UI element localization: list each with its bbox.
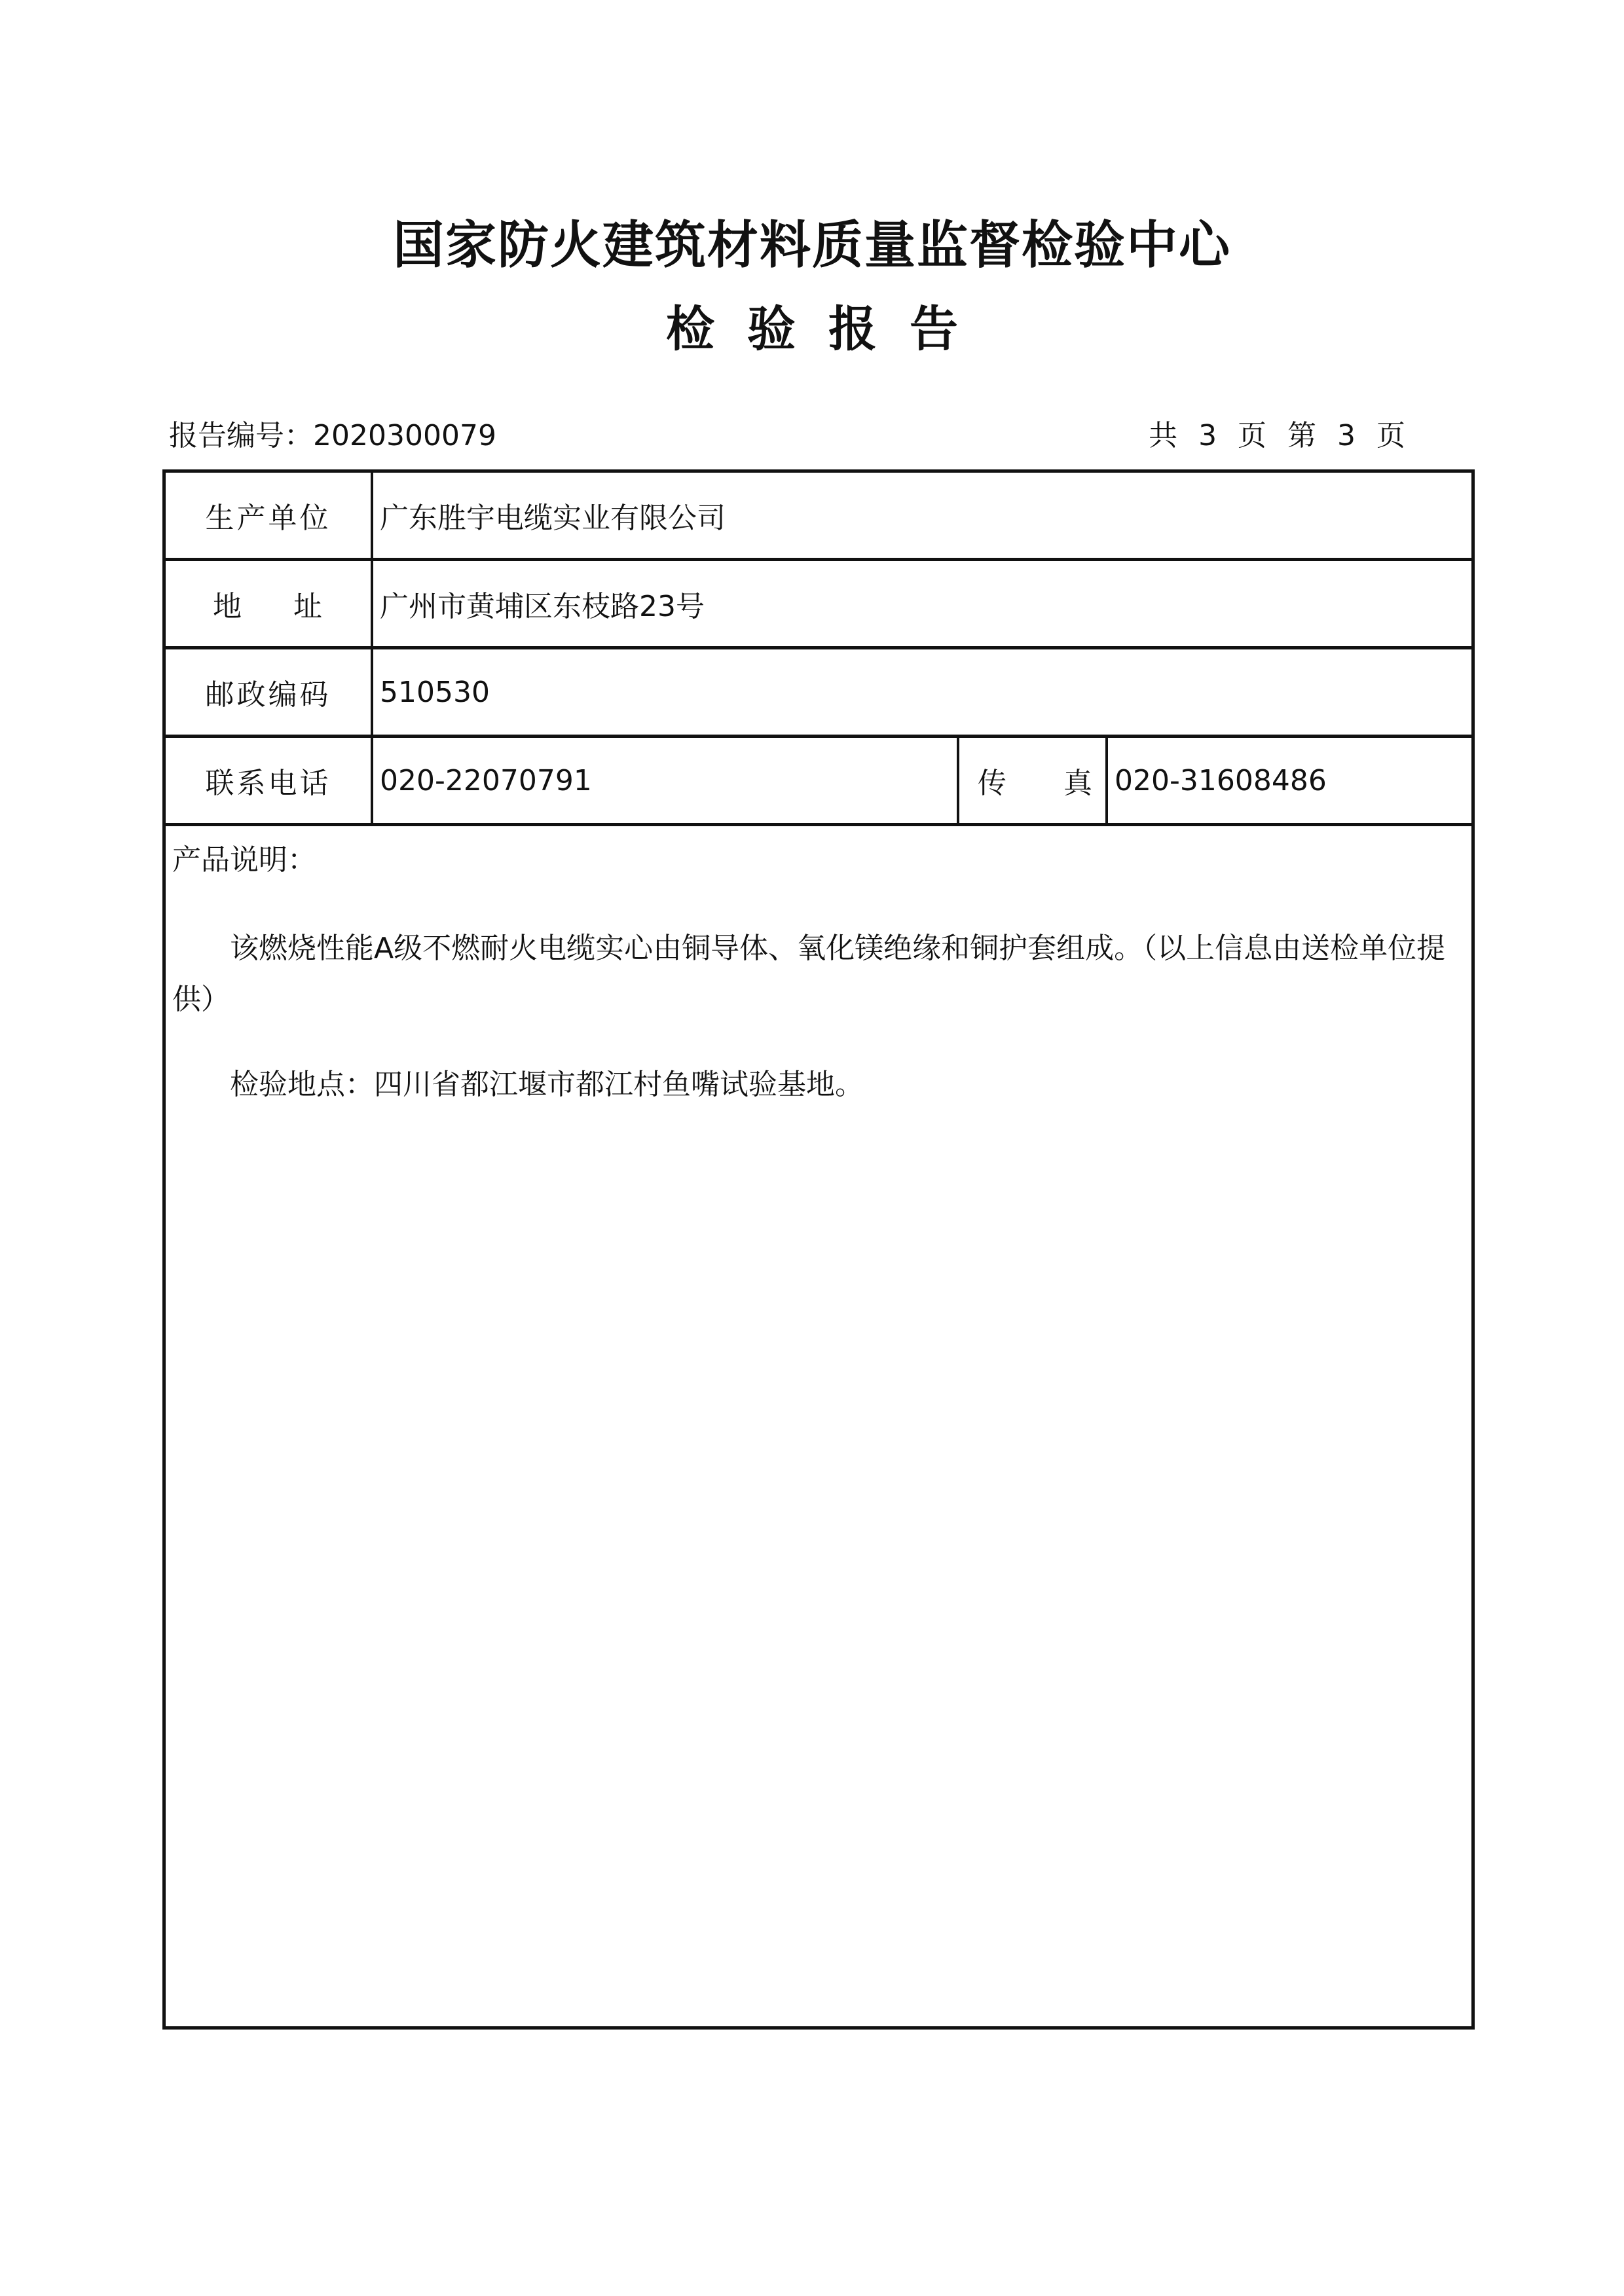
report-number-label: 报告编号： bbox=[169, 419, 313, 452]
info-table: 生产单位 广东胜宇电缆实业有限公司 地 址 广州市黄埔区东枝路23号 邮政编码 … bbox=[162, 469, 1475, 2030]
address-label: 地 址 bbox=[166, 561, 373, 646]
report-number: 报告编号：2020300079 bbox=[169, 416, 496, 456]
phone-label: 联系电话 bbox=[166, 738, 373, 823]
fax-value: 020-31608486 bbox=[1108, 738, 1471, 823]
fax-label-char-2: 真 bbox=[1063, 759, 1092, 801]
address-label-char-1: 地 bbox=[213, 583, 244, 625]
description-paragraph: 该燃烧性能A级不燃耐火电缆实心由铜导体、氧化镁绝缘和铜护套组成。（以上信息由送检… bbox=[172, 923, 1465, 1025]
phone-value: 020-22070791 bbox=[373, 738, 959, 823]
product-description: 产品说明： 该燃烧性能A级不燃耐火电缆实心由铜导体、氧化镁绝缘和铜护套组成。（以… bbox=[166, 826, 1471, 1110]
fax-label: 传 真 bbox=[959, 738, 1108, 823]
postcode-label: 邮政编码 bbox=[166, 649, 373, 735]
address-value: 广州市黄埔区东枝路23号 bbox=[373, 561, 1471, 646]
postcode-value: 510530 bbox=[373, 649, 1471, 735]
row-phone-fax: 联系电话 020-22070791 传 真 020-31608486 bbox=[166, 738, 1471, 826]
address-label-char-2: 址 bbox=[293, 583, 325, 625]
description-heading: 产品说明： bbox=[172, 841, 1465, 880]
page-indicator: 共 3 页 第 3 页 bbox=[1149, 416, 1408, 456]
test-location: 检验地点：四川省都江堰市都江村鱼嘴试验基地。 bbox=[172, 1059, 1465, 1110]
fax-label-char-1: 传 bbox=[978, 759, 1006, 801]
manufacturer-value: 广东胜宇电缆实业有限公司 bbox=[373, 473, 1471, 558]
doc-title: 检验报告 bbox=[0, 293, 1624, 365]
manufacturer-label: 生产单位 bbox=[166, 473, 373, 558]
row-postcode: 邮政编码 510530 bbox=[166, 649, 1471, 738]
row-address: 地 址 广州市黄埔区东枝路23号 bbox=[166, 561, 1471, 649]
org-title: 国家防火建筑材料质量监督检验中心 bbox=[0, 210, 1624, 282]
row-manufacturer: 生产单位 广东胜宇电缆实业有限公司 bbox=[166, 473, 1471, 561]
report-number-value: 2020300079 bbox=[313, 419, 496, 452]
